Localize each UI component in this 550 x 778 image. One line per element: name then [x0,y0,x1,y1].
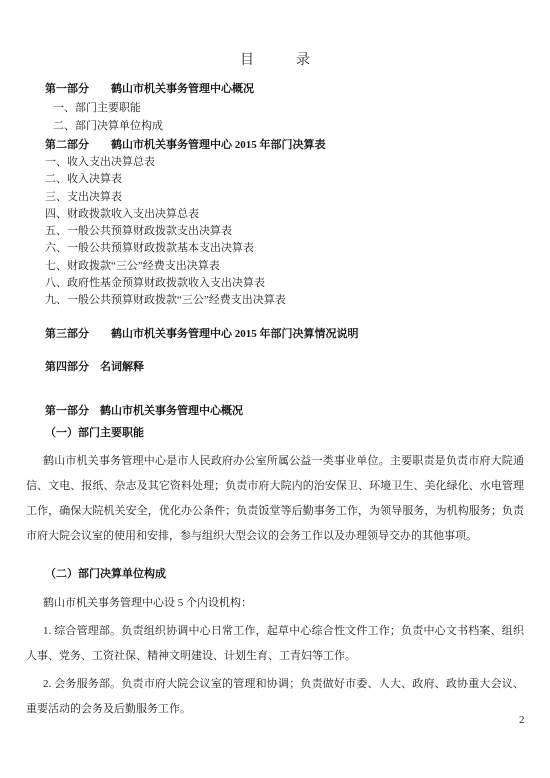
toc-entry-part-3: 第三部分 鹤山市机关事务管理中心 2015 年部门决算情况说明 [45,325,550,344]
toc-entry-item-3: 三、支出决算表 [45,189,550,206]
toc-entry-item-2: 二、收入决算表 [45,171,550,188]
table-of-contents: 第一部分 鹤山市机关事务管理中心概况 一、部门主要职能 二、部门决算单位构成 第… [45,80,550,377]
toc-entry-item-5: 五、一般公共预算财政拨款支出决算表 [45,223,550,240]
toc-entry-sub-2: 二、部门决算单位构成 [53,117,550,136]
paragraph-dept-2: 2. 会务服务部。负责市府大院会议室的管理和协调；负责做好市委、人大、政府、政协… [26,672,524,722]
page-title: 目 录 [0,52,550,70]
toc-entry-part-1: 第一部分 鹤山市机关事务管理中心概况 [45,80,550,99]
section-heading-sub-2: （二）部门决算单位构成 [26,565,524,583]
paragraph-dept-1: 1. 综合管理部。负责组织协调中心日常工作，起草中心综合性文件工作；负责中心文书… [26,619,524,669]
toc-entry-part-2: 第二部分 鹤山市机关事务管理中心 2015 年部门决算表 [45,136,550,155]
toc-entry-item-9: 九、一般公共预算财政拨款“三公”经费支出决算表 [45,292,550,309]
paragraph-unit-intro: 鹤山市机关事务管理中心设 5 个内设机构： [26,591,524,616]
section-heading-part-1: 第一部分 鹤山市机关事务管理中心概况 [26,402,524,420]
toc-entry-item-4: 四、财政拨款收入支出决算总表 [45,206,550,223]
paragraph-main-duties: 鹤山市机关事务管理中心是市人民政府办公室所属公益一类事业单位。主要职责是负责市府… [26,449,524,549]
toc-entry-item-1: 一、收入支出决算总表 [45,154,550,171]
document-page: 目 录 第一部分 鹤山市机关事务管理中心概况 一、部门主要职能 二、部门决算单位… [0,0,550,778]
page-number: 2 [519,713,525,727]
toc-entry-item-8: 八、政府性基金预算财政拨款收入支出决算表 [45,275,550,292]
toc-entry-part-4: 第四部分 名词解释 [45,358,550,377]
body-content: 第一部分 鹤山市机关事务管理中心概况 （一）部门主要职能 鹤山市机关事务管理中心… [26,402,524,722]
toc-entry-sub-1: 一、部门主要职能 [53,99,550,118]
toc-entry-item-7: 七、财政拨款“三公”经费支出决算表 [45,258,550,275]
toc-entry-item-6: 六、一般公共预算财政拨款基本支出决算表 [45,240,550,257]
section-heading-sub-1: （一）部门主要职能 [26,424,524,442]
